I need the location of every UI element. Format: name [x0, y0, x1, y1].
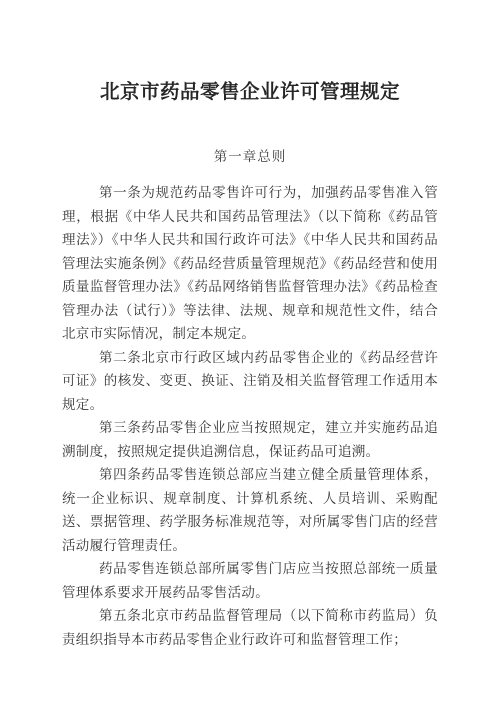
paragraph: 第四条药品零售连锁总部应当建立健全质量管理体系，统一企业标识、规章制度、计算机系… — [62, 463, 438, 557]
paragraph: 第一条为规范药品零售许可行为，加强药品零售准入管理，根据《中华人民共和国药品管理… — [62, 181, 438, 346]
paragraph: 第三条药品零售企业应当按照规定，建立并实施药品追溯制度，按照规定提供追溯信息，保… — [62, 416, 438, 463]
document-page: 北京市药品零售企业许可管理规定 第一章总则 第一条为规范药品零售许可行为，加强药… — [0, 0, 500, 707]
paragraph: 第二条北京市行政区域内药品零售企业的《药品经营许可证》的核发、变更、换证、注销及… — [62, 346, 438, 417]
document-title: 北京市药品零售企业许可管理规定 — [0, 80, 500, 104]
chapter-heading: 第一章总则 — [0, 148, 500, 165]
paragraph: 药品零售连锁总部所属零售门店应当按照总部统一质量管理体系要求开展药品零售活动。 — [62, 557, 438, 604]
document-body: 第一条为规范药品零售许可行为，加强药品零售准入管理，根据《中华人民共和国药品管理… — [62, 181, 438, 651]
paragraph: 第五条北京市药品监督管理局（以下简称市药监局）负责组织指导本市药品零售企业行政许… — [62, 604, 438, 651]
